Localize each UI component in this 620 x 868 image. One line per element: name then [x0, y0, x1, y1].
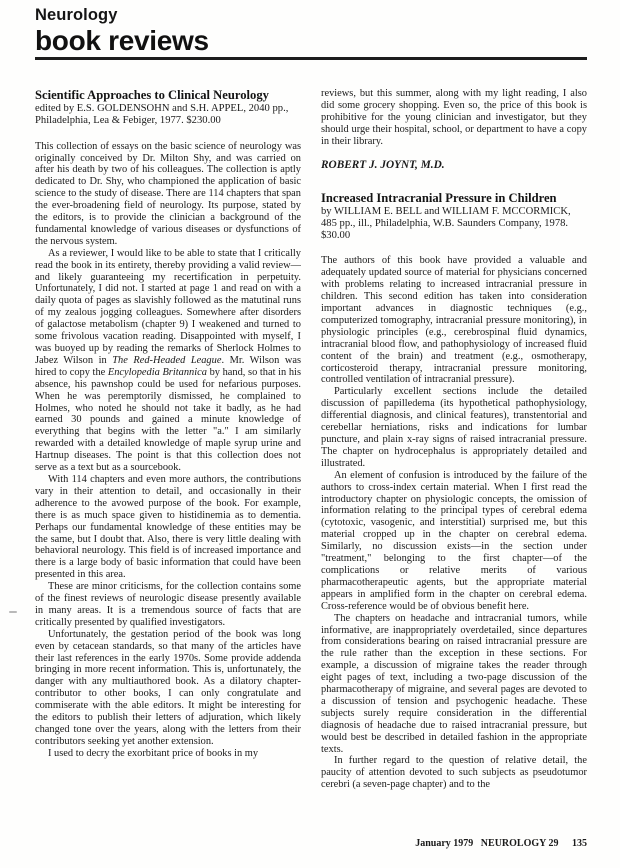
- body-paragraph: The authors of this book have provided a…: [321, 255, 587, 386]
- review-title: Increased Intracranial Pressure in Child…: [321, 191, 587, 205]
- body-paragraph: With 114 chapters and even more authors,…: [35, 474, 301, 581]
- right-column: reviews, but this summer, along with my …: [321, 88, 587, 850]
- body-paragraph-continuation: reviews, but this summer, along with my …: [321, 88, 587, 148]
- review-byline: edited by E.S. GOLDENSOHN and S.H. APPEL…: [35, 103, 301, 128]
- page-footer: January 1979 NEUROLOGY 29 135: [415, 838, 587, 849]
- section-title: book reviews: [35, 25, 587, 56]
- journal-page: Neurology book reviews Scientific Approa…: [0, 0, 620, 868]
- review-title: Scientific Approaches to Clinical Neurol…: [35, 88, 301, 102]
- scan-artifact-mark: [9, 611, 17, 613]
- masthead-rule: [35, 57, 587, 60]
- body-paragraph: Unfortunately, the gestation period of t…: [35, 629, 301, 748]
- body-paragraph: Particularly excellent sections include …: [321, 386, 587, 469]
- reviewer-signature: ROBERT J. JOYNT, M.D.: [321, 159, 587, 172]
- review-byline: by WILLIAM E. BELL and WILLIAM F. MCCORM…: [321, 206, 587, 243]
- body-paragraph: In further regard to the question of rel…: [321, 755, 587, 791]
- body-paragraph: I used to decry the exorbitant price of …: [35, 748, 301, 760]
- body-paragraph: An element of confusion is introduced by…: [321, 470, 587, 613]
- body-paragraph: The chapters on headache and intracrania…: [321, 613, 587, 756]
- masthead: Neurology book reviews: [35, 6, 587, 56]
- left-column: Scientific Approaches to Clinical Neurol…: [35, 88, 301, 850]
- body-paragraph: These are minor criticisms, for the coll…: [35, 581, 301, 629]
- journal-name: Neurology: [35, 6, 587, 25]
- page-number: 135: [572, 838, 587, 849]
- body-paragraph: As a reviewer, I would like to be able t…: [35, 248, 301, 474]
- issue-date: January 1979: [415, 838, 473, 849]
- body-paragraph: This collection of essays on the basic s…: [35, 141, 301, 248]
- journal-volume: NEUROLOGY 29: [481, 838, 559, 849]
- review-columns: Scientific Approaches to Clinical Neurol…: [35, 88, 587, 850]
